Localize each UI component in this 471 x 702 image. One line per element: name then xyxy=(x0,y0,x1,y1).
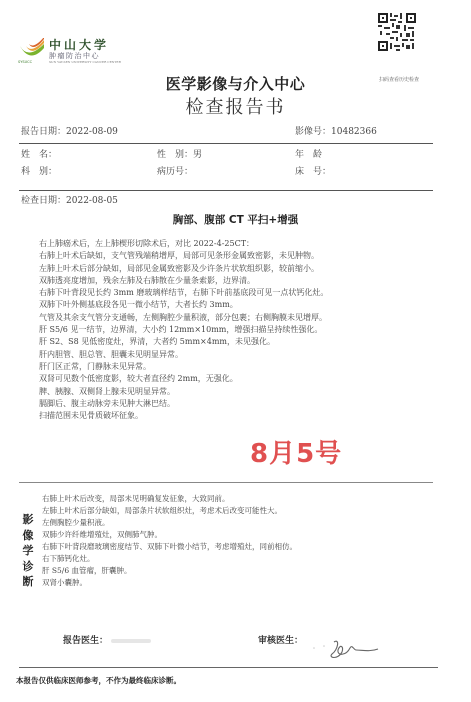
finding-line: 气管及其余支气管分支通畅，左侧胸腔少量积液，部分包裹；右侧胸膜未见增厚。 xyxy=(39,312,328,324)
exam-title: 胸部、腹部 CT 平扫+增强 xyxy=(0,212,471,227)
reporting-doctor: 报告医生： xyxy=(63,633,151,646)
signature-icon xyxy=(310,636,390,662)
medical-record-number: 病历号： xyxy=(157,164,193,177)
reporting-doctor-label: 报告医生： xyxy=(63,636,108,646)
logo-abbr: SYSUCC xyxy=(18,60,32,64)
diagnosis-line: 右肺下叶背段磨玻璃密度结节、双肺下叶微小结节，考虑增殖灶，同前相仿。 xyxy=(42,541,297,553)
finding-line: 肝 S2、S8 见低密度灶，界清，大者约 5mm×4mm，未见强化。 xyxy=(39,336,328,348)
bed-number-label: 床 号： xyxy=(295,167,331,177)
finding-line: 肝门区正常，门静脉未见异常。 xyxy=(39,361,328,373)
finding-line: 脾、胰腺、双侧肾上腺未见明显异常。 xyxy=(39,386,328,398)
gender-label: 性 别： xyxy=(157,150,193,160)
finding-line: 双肾可见数个低密度影，较大者直径约 2mm，无强化。 xyxy=(39,373,328,385)
image-number-label: 影像号： xyxy=(295,127,331,137)
exam-date-value: 2022-08-05 xyxy=(66,196,118,206)
image-number-value: 10482366 xyxy=(331,127,377,137)
diagnosis-line: 双肾小囊肿。 xyxy=(42,577,297,589)
finding-line: 左肺上叶术后部分缺如，局部见金属致密影及少许条片状软组织影，较前缩小。 xyxy=(39,263,328,275)
finding-line: 膈脚后、腹主动脉旁未见肿大淋巴结。 xyxy=(39,398,328,410)
diagnosis-line: 肝 S5/6 血管瘤，肝囊肿。 xyxy=(42,565,297,577)
hospital-logo: SYSUCC 中山大学 肿瘤防治中心 SUN YAT-SEN UNIVERSIT… xyxy=(18,36,118,66)
redacted-name xyxy=(111,639,151,643)
exam-date-label: 检查日期： xyxy=(21,196,66,206)
patient-age: 年 龄 xyxy=(295,147,322,160)
diagnosis-text: 右肺上叶术后改变，局部未见明确复发征象，大致同前。 左肺上叶术后部分缺如，局部条… xyxy=(42,493,297,589)
finding-line: 双肺透亮度增加，残余左肺及右肺散在少量条索影，边界清。 xyxy=(39,275,328,287)
diagnosis-line: 右下肺钙化灶。 xyxy=(42,553,297,565)
patient-name: 姓 名： xyxy=(21,147,57,160)
bed-number: 床 号： xyxy=(295,164,331,177)
report-date-label: 报告日期： xyxy=(21,127,66,137)
report-title: 检查报告书 xyxy=(0,93,471,119)
divider xyxy=(19,190,433,191)
diagnosis-label: 影 像 学 诊 断 xyxy=(20,512,36,590)
finding-line: 右上肺癌术后，左上肺楔形切除术后，对比 2022-4-25CT： xyxy=(39,238,328,250)
reviewing-doctor: 审核医生： xyxy=(258,633,303,646)
finding-line: 肝 S5/6 见一结节，边界清，大小约 12mm×10mm，增强扫描呈持续性强化… xyxy=(39,324,328,336)
logo-fine-print: SUN YAT-SEN UNIVERSITY CANCER CENTER xyxy=(49,60,121,64)
disclaimer: 本报告仅供临床医师参考，不作为最终临床诊断。 xyxy=(16,675,181,686)
finding-line: 右肺下叶背段见长约 3mm 磨玻璃样结节，右肺下叶前基底段可见一点状钙化灶。 xyxy=(39,287,328,299)
divider xyxy=(19,143,433,144)
finding-line: 双肺下叶外侧基底段各见一微小结节，大者长约 3mm。 xyxy=(39,299,328,311)
divider xyxy=(19,482,433,483)
reviewing-doctor-label: 审核医生： xyxy=(258,636,303,646)
diagnosis-line: 左肺上叶术后部分缺如，局部条片状软组织灶，考虑术后改变可能性大。 xyxy=(42,505,297,517)
report-date: 报告日期：2022-08-09 xyxy=(21,124,118,137)
age-label: 年 龄 xyxy=(295,150,322,160)
qr-code-icon[interactable] xyxy=(378,13,416,51)
patient-gender: 性 别：男 xyxy=(157,147,202,160)
report-date-value: 2022-08-09 xyxy=(66,127,118,137)
diagnosis-line: 双肺少许纤维增殖灶，双侧肺气肿。 xyxy=(42,529,297,541)
gender-value: 男 xyxy=(193,150,202,160)
record-number-label: 病历号： xyxy=(157,167,193,177)
department-label: 科 别： xyxy=(21,167,57,177)
patient-name-label: 姓 名： xyxy=(21,150,57,160)
department: 科 别： xyxy=(21,164,57,177)
diagnosis-line: 右肺上叶术后改变，局部未见明确复发征象，大致同前。 xyxy=(42,493,297,505)
divider xyxy=(19,667,438,668)
findings-text: 右上肺癌术后，左上肺楔形切除术后，对比 2022-4-25CT： 右肺上叶术后缺… xyxy=(39,238,328,422)
center-title: 医学影像与介入中心 xyxy=(0,73,471,94)
finding-line: 扫描范围未见骨质破坏征象。 xyxy=(39,410,328,422)
date-annotation: 8月5号 xyxy=(250,433,342,470)
diagnosis-line: 左侧胸腔少量积液。 xyxy=(42,517,297,529)
finding-line: 右肺上叶术后缺如，支气管残端稍增厚，局部可见条形金属致密影，未见肿物。 xyxy=(39,250,328,262)
exam-date: 检查日期：2022-08-05 xyxy=(21,193,118,206)
finding-line: 肝内胆管、胆总管、胆囊未见明显异常。 xyxy=(39,349,328,361)
image-number: 影像号：10482366 xyxy=(295,124,377,137)
